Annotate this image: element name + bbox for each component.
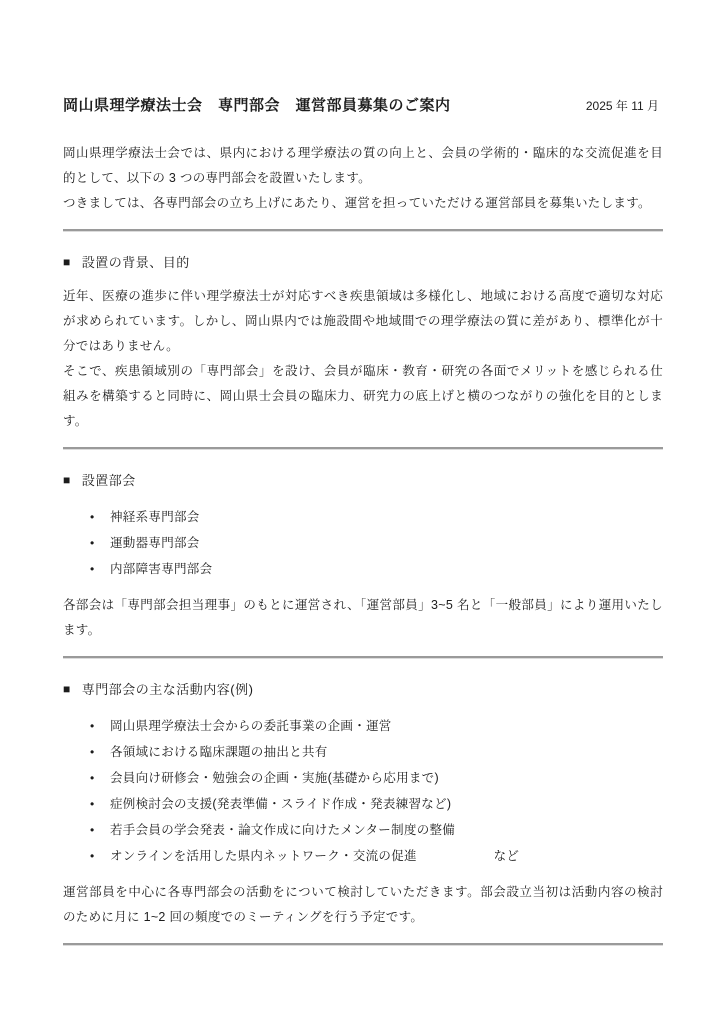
list-item: • 神経系専門部会 [90,504,663,530]
bullet-icon: • [90,817,110,843]
intro-paragraph-2: つきましては、各専門部会の立ち上げにあたり、運営を担っていただける運営部員を募集… [63,191,663,216]
section-heading-activities: ■ 専門部会の主な活動内容(例) [63,679,663,698]
list-item-text: 会員向け研修会・勉強会の企画・実施(基礎から応用まで) [110,765,439,791]
list-item-text: 内部障害専門部会 [110,556,212,582]
document-body: 岡山県理学療法士会 専門部会 運営部員募集のご案内 2025 年 11 月 岡山… [63,94,663,946]
list-item-text: 神経系専門部会 [110,504,200,530]
square-marker-icon: ■ [63,474,71,486]
section-note: 各部会は「専門部会担当理事」のもとに運営され、「運営部員」3~5 名と「一般部員… [63,593,663,643]
list-item-text: 若手会員の学会発表・論文作成に向けたメンター制度の整備 [110,817,455,843]
document-date: 2025 年 11 月 [586,97,663,114]
bullet-icon: • [90,739,110,765]
section-divider [63,943,663,946]
section-heading-text: 設置の背景、目的 [82,252,190,271]
list-item-text: 症例検討会の支援(発表準備・スライド作成・発表練習など) [110,791,451,817]
section-heading-text: 設置部会 [82,470,136,489]
list-item-text: 各領域における臨床課題の抽出と共有 [110,739,328,765]
list-item: • 若手会員の学会発表・論文作成に向けたメンター制度の整備 [90,817,663,843]
section-heading-background: ■ 設置の背景、目的 [63,252,663,271]
section-note: 運営部員を中心に各専門部会の活動をについて検討していただきます。部会設立当初は活… [63,880,663,930]
bullet-icon: • [90,556,110,582]
section-divider [63,229,663,232]
section-divider [63,447,663,450]
list-item-text: 岡山県理学療法士会からの委託事業の企画・運営 [110,713,392,739]
bullet-icon: • [90,530,110,556]
square-marker-icon: ■ [63,683,71,695]
document-header: 岡山県理学療法士会 専門部会 運営部員募集のご案内 2025 年 11 月 [63,94,663,115]
section-paragraph: 近年、医療の進歩に伴い理学療法士が対応すべき疾患領域は多様化し、地域における高度… [63,284,663,359]
section-divider [63,656,663,659]
bullet-icon: • [90,791,110,817]
list-item: • 各領域における臨床課題の抽出と共有 [90,739,663,765]
section-heading-committees: ■ 設置部会 [63,470,663,489]
bullet-icon: • [90,765,110,791]
document-title: 岡山県理学療法士会 専門部会 運営部員募集のご案内 [63,94,451,115]
bullet-icon: • [90,713,110,739]
list-item: • 運動器専門部会 [90,530,663,556]
list-item-text: オンラインを活用した県内ネットワーク・交流の促進 など [110,843,519,869]
bullet-icon: • [90,504,110,530]
bullet-icon: • [90,843,110,869]
list-item: • オンラインを活用した県内ネットワーク・交流の促進 など [90,843,663,869]
activity-list: • 岡山県理学療法士会からの委託事業の企画・運営 • 各領域における臨床課題の抽… [63,713,663,869]
section-paragraph: そこで、疾患領域別の「専門部会」を設け、会員が臨床・教育・研究の各面でメリットを… [63,359,663,434]
document-page: 岡山県理学療法士会 専門部会 運営部員募集のご案内 2025 年 11 月 岡山… [0,0,724,1024]
list-item: • 会員向け研修会・勉強会の企画・実施(基礎から応用まで) [90,765,663,791]
list-item: • 症例検討会の支援(発表準備・スライド作成・発表練習など) [90,791,663,817]
list-item-text: 運動器専門部会 [110,530,200,556]
section-heading-text: 専門部会の主な活動内容(例) [82,679,254,698]
intro-paragraph-1: 岡山県理学療法士会では、県内における理学療法の質の向上と、会員の学術的・臨床的な… [63,141,663,191]
committee-list: • 神経系専門部会 • 運動器専門部会 • 内部障害専門部会 [63,504,663,582]
list-item: • 内部障害専門部会 [90,556,663,582]
square-marker-icon: ■ [63,256,71,268]
list-item: • 岡山県理学療法士会からの委託事業の企画・運営 [90,713,663,739]
